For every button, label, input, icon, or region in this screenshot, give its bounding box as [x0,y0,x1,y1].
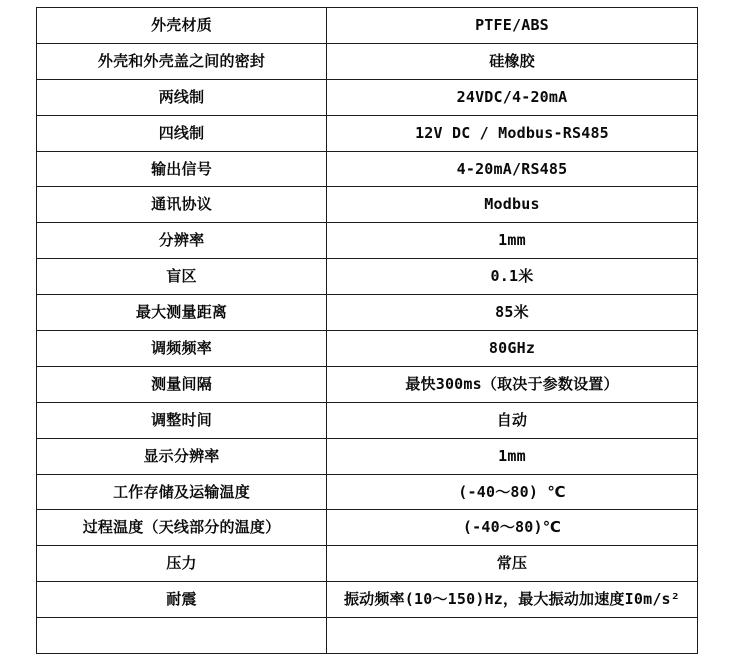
spec-label: 最大测量距离 [136,303,227,321]
spec-value: 常压 [497,554,527,572]
table-row: 耐震 振动频率(10～150)Hz，最大振动加速度I0m/s² [37,582,698,618]
spec-label: 分辨率 [159,231,205,249]
spec-value-cell: 85米 [327,295,698,331]
spec-value-cell: 振动频率(10～150)Hz，最大振动加速度I0m/s² [327,582,698,618]
spec-value-cell: PTFE/ABS [327,8,698,44]
spec-value: 1mm [498,231,526,249]
spec-value-cell: 1mm [327,438,698,474]
spec-sheet-page: 外壳材质 PTFE/ABS 外壳和外壳盖之间的密封 硅橡胶 两线制 24VDC/… [0,0,733,665]
spec-label: 两线制 [159,88,205,106]
spec-value: 4-20mA/RS485 [457,160,568,178]
spec-label: 输出信号 [151,160,212,178]
spec-value: 0.1米 [491,267,534,285]
spec-label: 外壳和外壳盖之间的密封 [98,52,265,70]
spec-label-cell: 测量间隔 [37,366,327,402]
spec-label: 压力 [166,554,196,572]
table-row: 分辨率 1mm [37,223,698,259]
table-row: 四线制 12V DC / Modbus-RS485 [37,115,698,151]
spec-value: 最快300ms（取决于参数设置） [405,375,618,393]
spec-value-cell: 常压 [327,546,698,582]
table-row: 过程温度（天线部分的温度） (-40～80)℃ [37,510,698,546]
table-row: 输出信号 4-20mA/RS485 [37,151,698,187]
spec-value: 振动频率(10～150)Hz，最大振动加速度I0m/s² [344,590,680,608]
table-row: 调频频率 80GHz [37,331,698,367]
spec-value-cell: 自动 [327,402,698,438]
spec-value: 80GHz [489,339,535,357]
spec-label-cell [37,618,327,654]
spec-label-cell: 通讯协议 [37,187,327,223]
spec-value: 1mm [498,447,526,465]
spec-label-cell: 耐震 [37,582,327,618]
spec-label-cell: 四线制 [37,115,327,151]
spec-label-cell: 外壳和外壳盖之间的密封 [37,43,327,79]
spec-label-cell: 工作存储及运输温度 [37,474,327,510]
spec-value: (-40～80) ℃ [458,483,565,501]
spec-table: 外壳材质 PTFE/ABS 外壳和外壳盖之间的密封 硅橡胶 两线制 24VDC/… [36,7,698,654]
table-row: 调整时间 自动 [37,402,698,438]
spec-label: 耐震 [166,590,196,608]
spec-value-cell: 80GHz [327,331,698,367]
spec-label-cell: 过程温度（天线部分的温度） [37,510,327,546]
spec-value-cell: 24VDC/4-20mA [327,79,698,115]
spec-value-cell: 1mm [327,223,698,259]
spec-label-cell: 分辨率 [37,223,327,259]
spec-label-cell: 压力 [37,546,327,582]
spec-label-cell: 盲区 [37,259,327,295]
spec-value: 硅橡胶 [489,52,535,70]
spec-label: 调整时间 [151,411,212,429]
spec-label-cell: 调频频率 [37,331,327,367]
spec-value-cell: 4-20mA/RS485 [327,151,698,187]
spec-value: 85米 [495,303,529,321]
spec-label: 过程温度（天线部分的温度） [83,518,281,536]
table-row: 最大测量距离 85米 [37,295,698,331]
table-row: 盲区 0.1米 [37,259,698,295]
table-row [37,618,698,654]
spec-value: PTFE/ABS [475,16,549,34]
table-row: 两线制 24VDC/4-20mA [37,79,698,115]
spec-value-cell: Modbus [327,187,698,223]
spec-label-cell: 外壳材质 [37,8,327,44]
spec-label-cell: 两线制 [37,79,327,115]
spec-label: 四线制 [159,124,205,142]
spec-value-cell: (-40～80)℃ [327,510,698,546]
table-row: 外壳材质 PTFE/ABS [37,8,698,44]
spec-label: 外壳材质 [151,16,212,34]
spec-value: 自动 [497,411,527,429]
spec-value-cell: 0.1米 [327,259,698,295]
table-row: 显示分辨率 1mm [37,438,698,474]
spec-label: 通讯协议 [151,195,212,213]
spec-label: 测量间隔 [151,375,212,393]
spec-value: Modbus [484,195,539,213]
spec-label: 显示分辨率 [143,447,219,465]
spec-value: (-40～80)℃ [463,518,561,536]
spec-table-body: 外壳材质 PTFE/ABS 外壳和外壳盖之间的密封 硅橡胶 两线制 24VDC/… [37,8,698,654]
table-row: 压力 常压 [37,546,698,582]
table-row: 测量间隔 最快300ms（取决于参数设置） [37,366,698,402]
spec-value: 24VDC/4-20mA [457,88,568,106]
spec-label-cell: 显示分辨率 [37,438,327,474]
spec-value-cell [327,618,698,654]
table-row: 外壳和外壳盖之间的密封 硅橡胶 [37,43,698,79]
table-row: 通讯协议 Modbus [37,187,698,223]
spec-value-cell: 最快300ms（取决于参数设置） [327,366,698,402]
spec-label-cell: 输出信号 [37,151,327,187]
spec-label-cell: 调整时间 [37,402,327,438]
spec-value: 12V DC / Modbus-RS485 [415,124,609,142]
spec-value-cell: 12V DC / Modbus-RS485 [327,115,698,151]
spec-value-cell: 硅橡胶 [327,43,698,79]
spec-label: 盲区 [166,267,196,285]
spec-label-cell: 最大测量距离 [37,295,327,331]
spec-value-cell: (-40～80) ℃ [327,474,698,510]
table-row: 工作存储及运输温度 (-40～80) ℃ [37,474,698,510]
spec-label: 工作存储及运输温度 [113,483,250,501]
spec-label: 调频频率 [151,339,212,357]
